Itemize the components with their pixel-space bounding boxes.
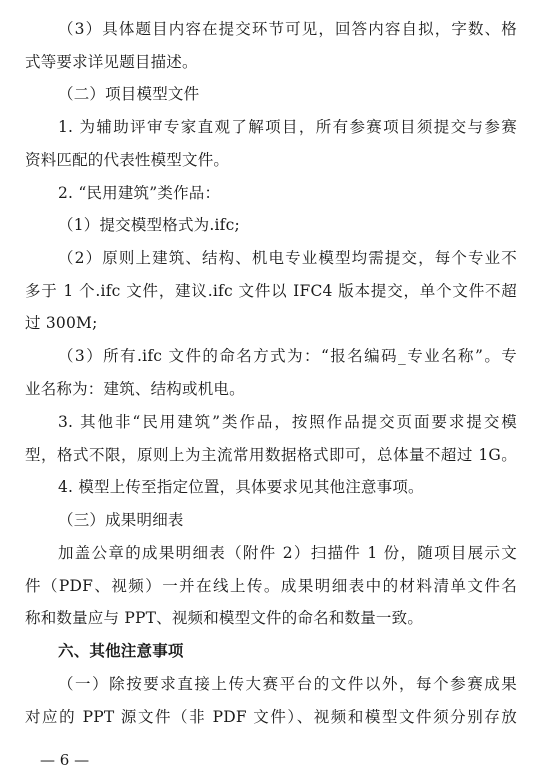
document-page: （3）具体题目内容在提交环节可见，回答内容自拟，字数、格 式等要求详见题目描述。… xyxy=(0,0,539,777)
paragraph-line: 对应的 PPT 源文件（非 PDF 文件）、视频和模型文件须分别存放 xyxy=(25,707,517,727)
paragraph-line: 3. 其他非“民用建筑”类作品，按照作品提交页面要求提交模 xyxy=(58,412,517,432)
page-number: — 6 — xyxy=(40,750,89,770)
paragraph-line: 资料匹配的代表性模型文件。 xyxy=(25,150,517,170)
paragraph-line: 称和数量应与 PPT、视频和模型文件的命名和数量一致。 xyxy=(25,608,517,628)
paragraph-line: 件（PDF、视频）一并在线上传。成果明细表中的材料清单文件名 xyxy=(25,576,517,596)
section-heading: （二）项目模型文件 xyxy=(58,84,517,104)
paragraph-line: 多于 1 个.ifc 文件，建议.ifc 文件以 IFC4 版本提交，单个文件不… xyxy=(25,281,517,301)
paragraph-line: （3）具体题目内容在提交环节可见，回答内容自拟，字数、格 xyxy=(58,19,517,39)
paragraph-line: （一）除按要求直接上传大赛平台的文件以外，每个参赛成果 xyxy=(58,674,517,694)
section-heading: （三）成果明细表 xyxy=(58,510,517,530)
chapter-heading: 六、其他注意事项 xyxy=(58,641,517,661)
paragraph-line: 业名称为：建筑、结构或机电。 xyxy=(25,379,517,399)
paragraph-line: 2. “民用建筑”类作品： xyxy=(58,183,517,203)
paragraph-line: （3）所有.ifc 文件的命名方式为：“报名编码_专业名称”。专 xyxy=(58,346,517,366)
paragraph-line: 1. 为辅助评审专家直观了解项目，所有参赛项目须提交与参赛 xyxy=(58,117,517,137)
paragraph-line: （1）提交模型格式为.ifc; xyxy=(58,215,517,235)
paragraph-line: （2）原则上建筑、结构、机电专业模型均需提交，每个专业不 xyxy=(58,248,517,268)
paragraph-line: 型，格式不限，原则上为主流常用数据格式即可，总体量不超过 1G。 xyxy=(25,445,517,465)
paragraph-line: 式等要求详见题目描述。 xyxy=(25,52,517,72)
paragraph-line: 过 300M; xyxy=(25,313,517,333)
paragraph-line: 加盖公章的成果明细表（附件 2）扫描件 1 份，随项目展示文 xyxy=(58,543,517,563)
paragraph-line: 4. 模型上传至指定位置，具体要求见其他注意事项。 xyxy=(58,477,517,497)
